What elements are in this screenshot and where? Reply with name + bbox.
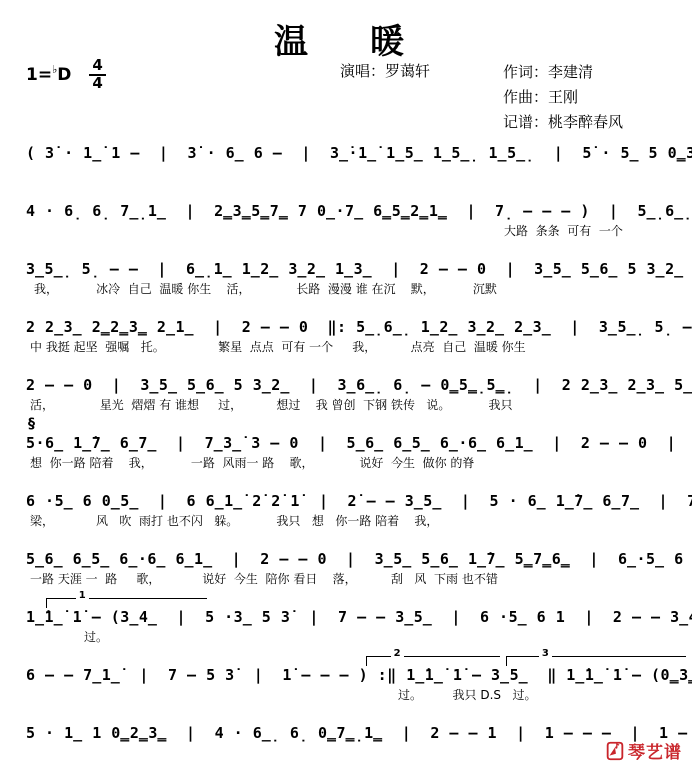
notation-row: ( 3̇ · 1̲̇ 1 – | 3̇ · 6̲ 6 – | 3̲̇·1̲̇ 1…	[26, 142, 692, 164]
key-time-signature: 1=♭D 4 4	[26, 58, 106, 92]
score-system: 5 · 1̲ 1 0̳2̳3̳ | 4 · 6̲̣ 6̣ 0̳7̳̣1̳ | 2…	[26, 712, 692, 770]
score-system: 5̲6̲ 6̲5̲ 6̲·6̲ 6̲1̲ | 2 – – 0 | 3̲5̲ 5̲…	[26, 538, 692, 596]
qinyipu-logo: 琴艺谱	[604, 738, 682, 763]
notation-row: 2 2̲3̲ 2̳2̳3̳ 2̲1̲ | 2 – – 0 ‖: 5̲̣6̲̣ 1…	[26, 316, 692, 338]
lyricist-label: 作词：	[503, 63, 548, 81]
lyricist-name: 李建清	[548, 63, 593, 81]
lyrics-row: 一路 天涯 一 路 歌， 说好 今生 陪你 看日 落， 刮 风 下雨 也不错	[26, 570, 692, 588]
volta-bracket: 2	[366, 656, 500, 666]
volta-bracket: 3	[506, 656, 687, 666]
lyrics-row: 我， 冰冷 自己 温暖 你生 活， 长路 漫漫 谁 在沉 默， 沉默	[26, 280, 692, 298]
performer-name: 罗蔼轩	[385, 62, 430, 80]
notation-row: 5 · 1̲ 1 0̳2̳3̳ | 4 · 6̲̣ 6̣ 0̳7̳̣1̳ | 2…	[26, 722, 692, 744]
lyrics-row: 大路 条条 可有 一个	[26, 222, 692, 240]
performer-label: 演唱：	[340, 62, 385, 80]
key-letter: D	[57, 65, 71, 85]
composer-name: 王刚	[548, 88, 578, 106]
lyrics-row: 过。 我只 D.S 过。	[26, 686, 692, 704]
time-signature-bottom: 4	[89, 76, 105, 92]
notation-row: 6 ·5̲ 6 0̲5̲ | 6 6̲1̲̇ 2̇ 2̇ 1̇ | 2̇ – –…	[26, 490, 692, 512]
score-system: 6 – – 7̲1̲̇ | 7 – 5 3̇ | 1̇ – – – ) :‖ 1…	[26, 654, 692, 712]
volta-bracket: 1	[46, 598, 207, 608]
notation-row: 3̲5̲̣ 5̣ – – | 6̲̣1̲ 1̲2̲ 3̲2̲ 1̲3̲ | 2 …	[26, 258, 692, 280]
lyricist-row: 作词：李建清	[503, 60, 623, 85]
score-system: 3̲5̲̣ 5̣ – – | 6̲̣1̲ 1̲2̲ 3̲2̲ 1̲3̲ | 2 …	[26, 248, 692, 306]
score-header: 温 暖 1=♭D 4 4 演唱：罗蔼轩 作词：李建清 作曲：王刚 记谱：桃李醉春…	[0, 0, 692, 126]
notation-row: 4 · 6̣ 6̣ 7̲̣1̲ | 2̳3̳5̳7̳ 7 0̲·7̲ 6̳5̳2…	[26, 200, 692, 222]
volta-label: 2	[391, 648, 404, 659]
volta-label: 3	[539, 648, 552, 659]
score-system: 2 2̲3̲ 2̳2̳3̳ 2̲1̲ | 2 – – 0 ‖: 5̲̣6̲̣ 1…	[26, 306, 692, 364]
score-lines: ( 3̇ · 1̲̇ 1 – | 3̇ · 6̲ 6 – | 3̲̇·1̲̇ 1…	[0, 126, 692, 770]
performer-row: 演唱：罗蔼轩	[340, 60, 430, 81]
composer-row: 作曲：王刚	[503, 85, 623, 110]
lyrics-row: 梁， 风 吹 雨打 也不闪 躲。 我只 想 你一路 陪着 我，	[26, 512, 692, 530]
notation-row: 2 – – 0 | 3̲5̲ 5̲6̲ 5 3̲2̲ | 3̲6̲̣ 6̣ – …	[26, 374, 692, 396]
key-prefix: 1=	[26, 65, 52, 85]
song-title: 温 暖	[0, 0, 692, 63]
volta-label: 1	[76, 590, 89, 601]
lyrics-row: 过。	[26, 628, 692, 646]
score-system: 2 – – 0 | 3̲5̲ 5̲6̲ 5 3̲2̲ | 3̲6̲̣ 6̣ – …	[26, 364, 692, 422]
score-system: 4 · 6̣ 6̣ 7̲̣1̲ | 2̳3̳5̳7̳ 7 0̲·7̲ 6̳5̳2…	[26, 190, 692, 248]
composer-label: 作曲：	[503, 88, 548, 106]
notation-row: 5̲6̲ 6̲5̲ 6̲·6̲ 6̲1̲ | 2 – – 0 | 3̲5̲ 5̲…	[26, 548, 692, 570]
lyrics-row: 想 你一路 陪着 我， 一路 风雨一 路 歌， 说好 今生 做你 的脊	[26, 454, 692, 472]
score-system: 1̲̇1̲̇ 1̇ – (3̲4̲ | 5 ·3̲ 5 3̇ | 7 – – 3…	[26, 596, 692, 654]
score-system: ( 3̇ · 1̲̇ 1 – | 3̇ · 6̲ 6 – | 3̲̇·1̲̇ 1…	[26, 132, 692, 190]
segno-icon: §	[28, 416, 35, 432]
time-signature: 4 4	[89, 58, 105, 92]
lyrics-row: 活， 星光 熠熠 有 谁想 过， 想过 我 曾创 下钢 铁传 说。 我只	[26, 396, 692, 414]
sheet-music-page: 温 暖 1=♭D 4 4 演唱：罗蔼轩 作词：李建清 作曲：王刚 记谱：桃李醉春…	[0, 0, 692, 771]
score-system: § 5·6̲ 1̲̇7̲ 6̲7̲ | 7̲3̲̇ 3 – 0 | 5̲6̲ 6…	[26, 422, 692, 480]
logo-text: 琴艺谱	[628, 738, 682, 763]
lyrics-row: 中 我挺 起坚 强嘱 托。 繁星 点点 可有 一个 我， 点亮 自己 温暖 你生	[26, 338, 692, 356]
notation-row: 1̲̇1̲̇ 1̇ – (3̲4̲ | 5 ·3̲ 5 3̇ | 7 – – 3…	[26, 606, 692, 628]
qinyipu-note-icon	[604, 740, 626, 762]
notation-row: 5·6̲ 1̲̇7̲ 6̲7̲ | 7̲3̲̇ 3 – 0 | 5̲6̲ 6̲5…	[26, 432, 692, 454]
score-system: 6 ·5̲ 6 0̲5̲ | 6 6̲1̲̇ 2̇ 2̇ 1̇ | 2̇ – –…	[26, 480, 692, 538]
notation-row: 6 – – 7̲1̲̇ | 7 – 5 3̇ | 1̇ – – – ) :‖ 1…	[26, 664, 692, 686]
credits-block: 作词：李建清 作曲：王刚 记谱：桃李醉春风	[503, 60, 623, 135]
